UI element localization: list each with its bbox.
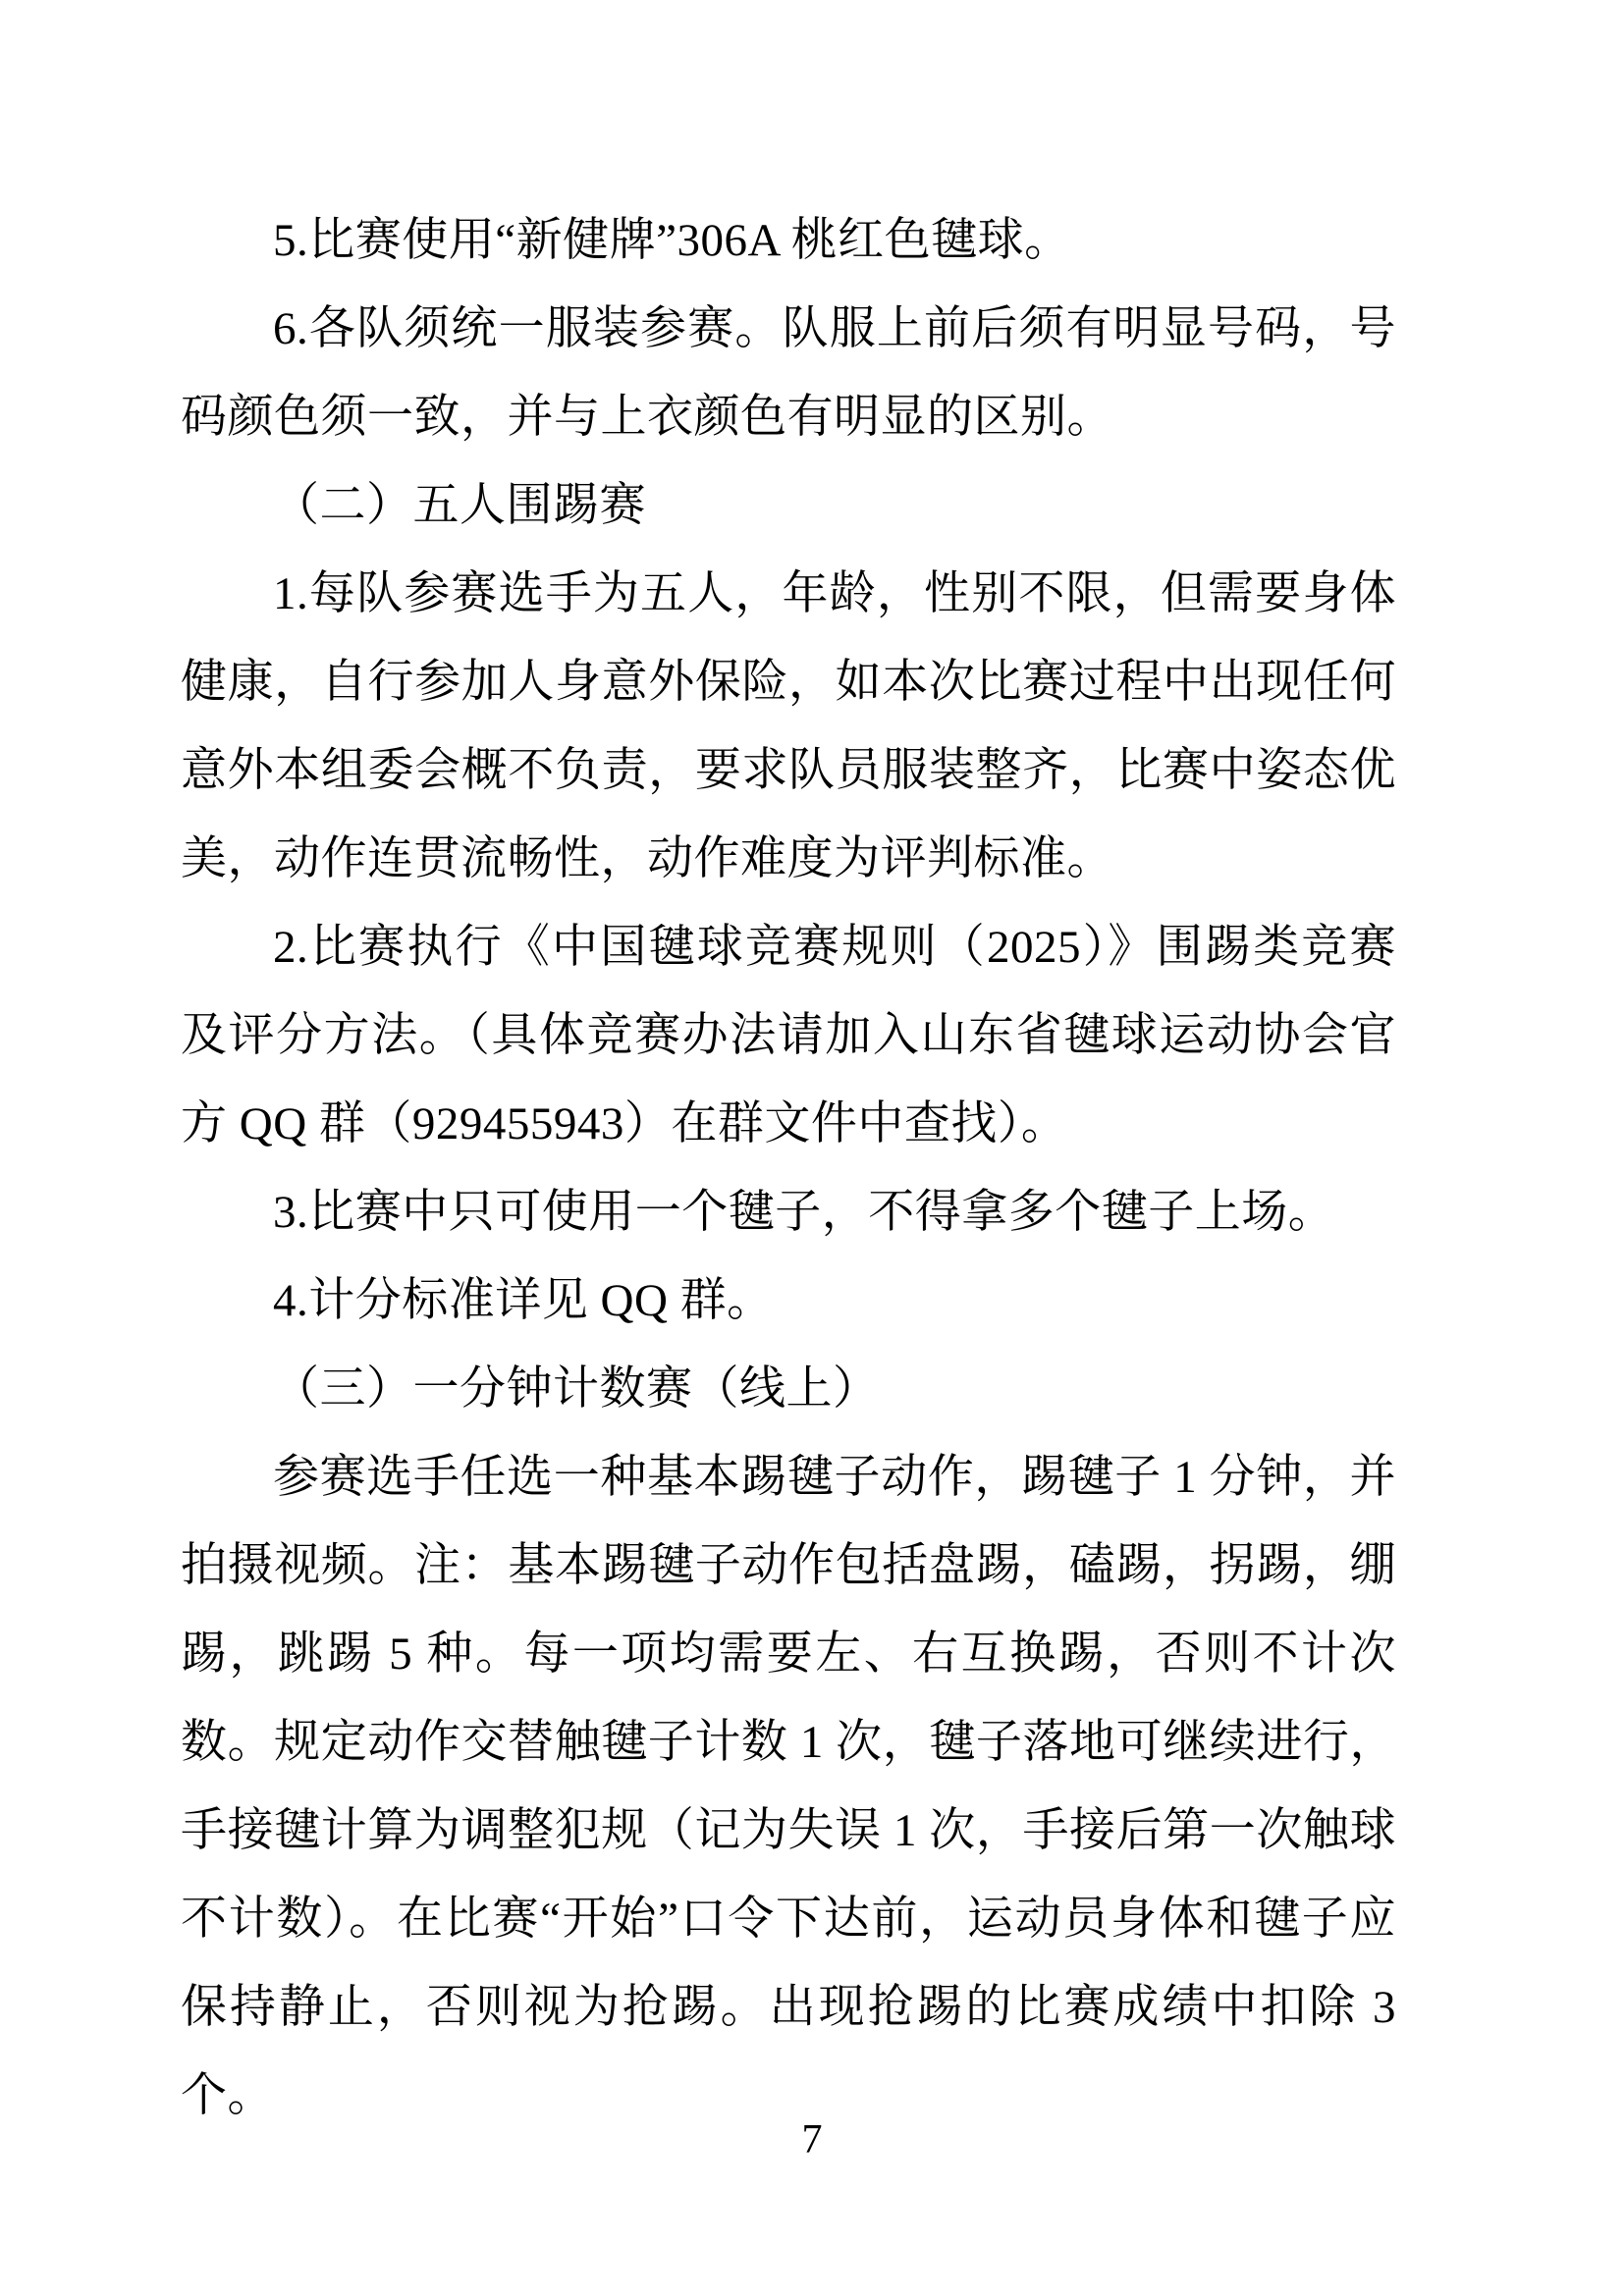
- paragraph: 参赛选手任选一种基本踢毽子动作，踢毽子 1 分钟，并拍摄视频。注：基本踢毽子动作…: [181, 1433, 1396, 2140]
- document-page: 5.比赛使用“新健牌”306A 桃红色毽球。6.各队须统一服装参赛。队服上前后须…: [0, 0, 1624, 2296]
- section-heading: （三）一分钟计数赛（线上）: [181, 1345, 1396, 1433]
- page-footer: 7: [0, 2110, 1624, 2169]
- paragraph: 4.计分标准详见 QQ 群。: [181, 1256, 1396, 1345]
- document-body: 5.比赛使用“新健牌”306A 桃红色毽球。6.各队须统一服装参赛。队服上前后须…: [181, 196, 1396, 2140]
- paragraph: 3.比赛中只可使用一个毽子，不得拿多个毽子上场。: [181, 1168, 1396, 1256]
- paragraph: 6.各队须统一服装参赛。队服上前后须有明显号码，号码颜色须一致，并与上衣颜色有明…: [181, 285, 1396, 461]
- paragraph: 1.每队参赛选手为五人，年龄，性别不限，但需要身体健康，自行参加人身意外保险，如…: [181, 550, 1396, 903]
- page-number: 7: [802, 2117, 823, 2163]
- paragraph: 2.比赛执行《中国毽球竞赛规则（2025）》围踢类竞赛及评分方法。（具体竞赛办法…: [181, 903, 1396, 1168]
- paragraph: 5.比赛使用“新健牌”306A 桃红色毽球。: [181, 196, 1396, 285]
- section-heading: （二）五人围踢赛: [181, 461, 1396, 550]
